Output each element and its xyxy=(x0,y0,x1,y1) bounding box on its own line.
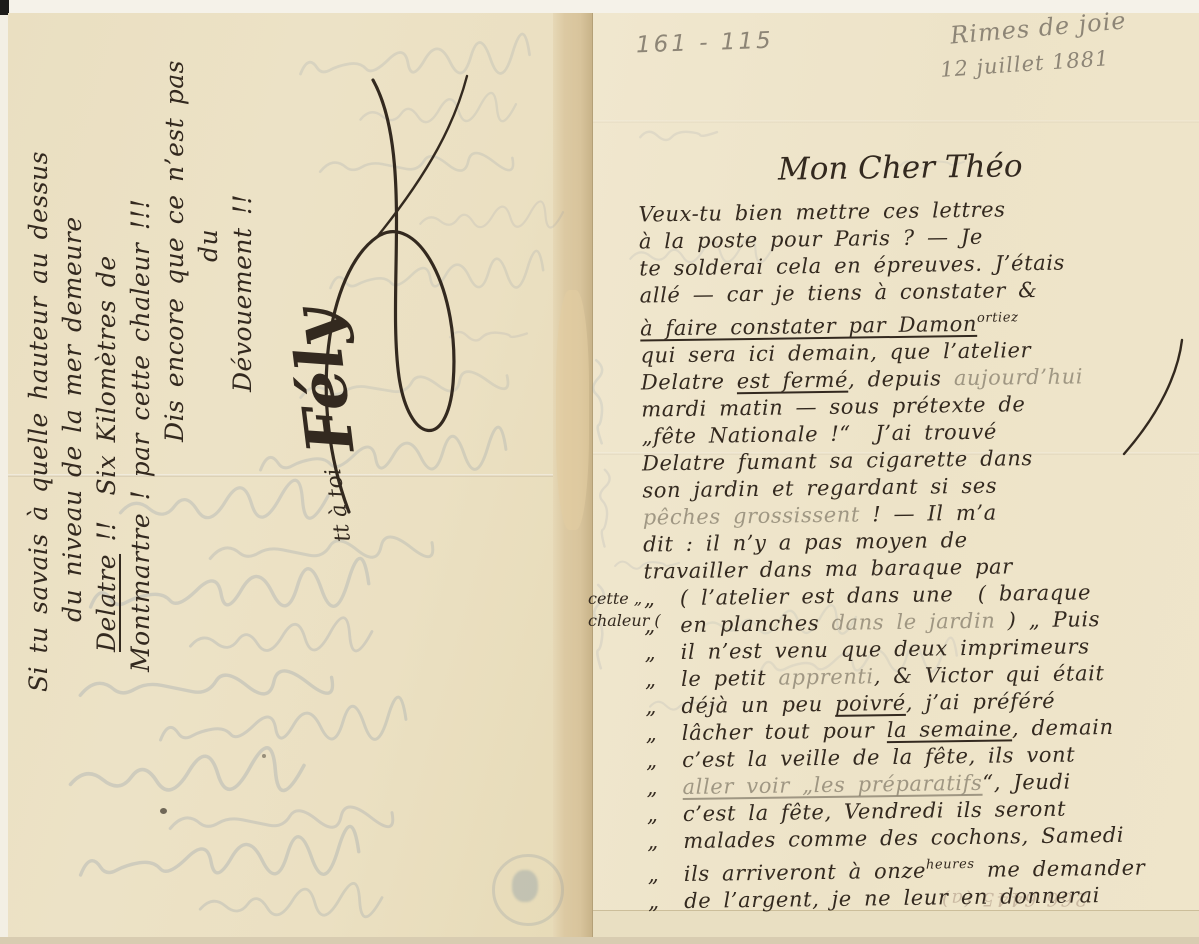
margin-note: cette „chaleur ( xyxy=(588,588,661,632)
left-page-line: du niveau de la mer demeure xyxy=(56,27,90,622)
fold-stain xyxy=(556,290,589,530)
collection-stamp xyxy=(492,854,564,926)
left-page-vertical-text: Si tu savais à quelle hauteur au dessusd… xyxy=(22,27,552,692)
left-page-lines: Si tu savais à quelle hauteur au dessusd… xyxy=(22,27,260,692)
stamp-ink-blob xyxy=(512,870,538,902)
ink-blot xyxy=(262,754,266,758)
left-page-line: Dis encore que ce n’est pas xyxy=(158,27,192,442)
salutation: Mon Cher Théo xyxy=(778,146,1192,188)
left-page-line: Delatre !! Six Kilomètres de xyxy=(90,27,124,652)
underline-flourish xyxy=(1120,338,1190,458)
scan-background-top xyxy=(0,0,1199,13)
left-page-line: Dévouement !! xyxy=(226,27,260,392)
horizontal-crease xyxy=(593,120,1199,123)
letter-body: Mon Cher Théo Veux-tu bien mettre ces le… xyxy=(588,146,1199,916)
signature: Fély xyxy=(277,305,369,457)
closing-phrase: tt à toi xyxy=(321,467,356,544)
scan-background-left xyxy=(0,13,8,944)
catalog-number-annotation: 161 - 115 xyxy=(636,28,775,59)
left-page-line: du xyxy=(192,27,226,262)
left-page-line: Si tu savais à quelle hauteur au dessus xyxy=(22,27,56,692)
scan-background-bottom xyxy=(0,937,1199,944)
ink-blot xyxy=(160,808,167,814)
margin-note-line1: cette „ xyxy=(588,589,642,608)
left-page-line: Montmartre ! par cette chaleur !!! xyxy=(124,27,158,672)
margin-note-line2: chaleur ( xyxy=(588,611,661,630)
letter-lines: Veux-tu bien mettre ces lettresà la post… xyxy=(588,194,1199,916)
